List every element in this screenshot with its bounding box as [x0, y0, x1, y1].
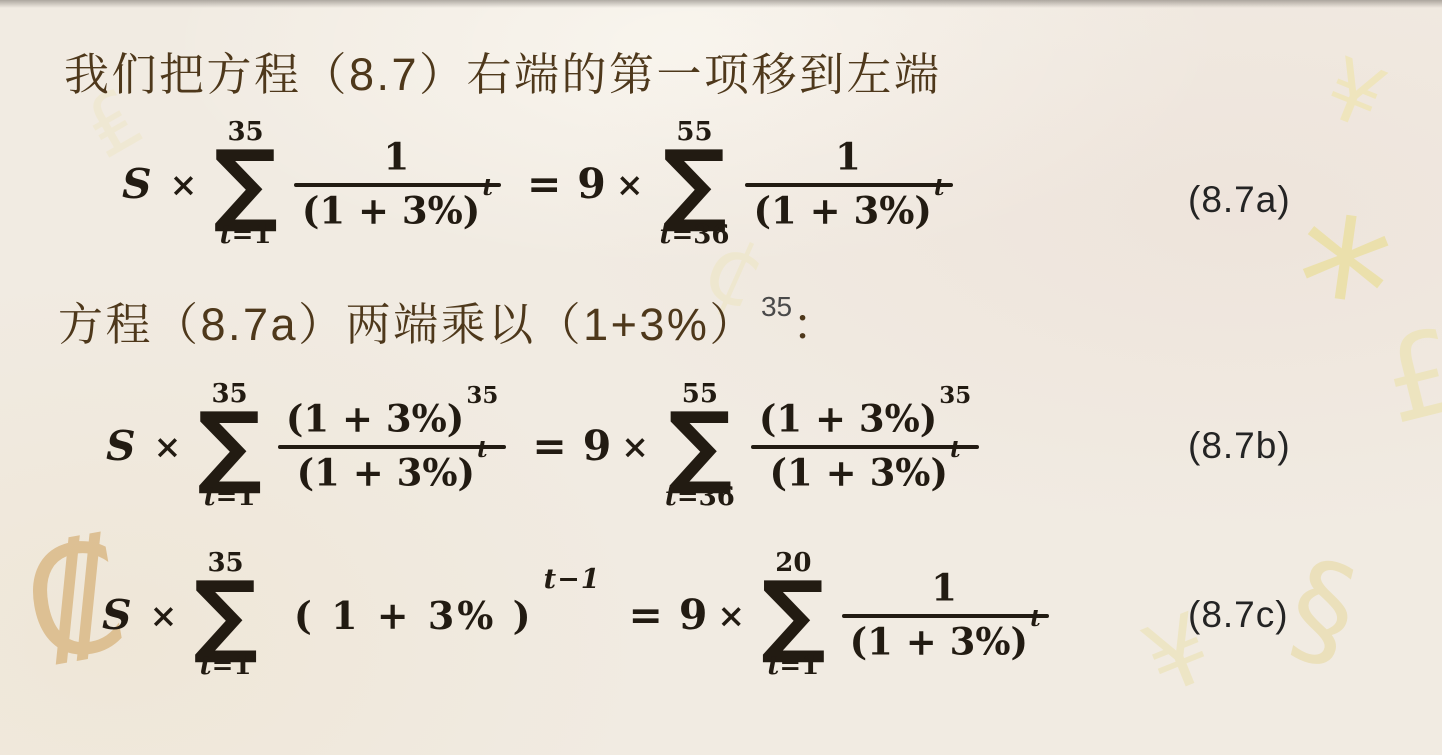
summation-rhs: 55 ∑ t=36	[659, 117, 729, 250]
equation-87a: S × 35 ∑ t=1 1 (1 + 3%)t = 9 × 55 ∑ t=36…	[0, 100, 1442, 268]
sum-index-value: =1	[779, 651, 819, 681]
sum-lower-limit: t=36	[665, 482, 735, 513]
summation-lhs: 35 ∑ t=1	[213, 117, 278, 250]
numerator: 1	[923, 567, 967, 609]
times-operator: ×	[621, 427, 649, 466]
lhs-coefficient: S	[122, 160, 152, 208]
times-operator: ×	[717, 596, 745, 635]
sigma-icon: ∑	[662, 148, 727, 220]
sigma-icon: ∑	[761, 579, 826, 651]
numerator: 1	[376, 136, 420, 178]
fraction-bar	[745, 183, 952, 187]
sum-lower-limit: t=1	[204, 482, 256, 513]
numerator-base: 1	[931, 566, 957, 610]
equals-sign: =	[532, 422, 566, 470]
summation-rhs: 55 ∑ t=36	[665, 379, 735, 512]
times-operator: ×	[150, 596, 178, 635]
sum-index-var: t	[204, 482, 216, 512]
denominator-base: (1 + 3%)	[753, 188, 931, 232]
power-term-exponent: t−1	[544, 564, 601, 595]
denominator: (1 + 3%)t	[745, 190, 952, 232]
sum-index-var: t	[659, 220, 671, 250]
fraction-lhs: 1 (1 + 3%)t	[294, 136, 501, 232]
rhs-coefficient: 9	[577, 160, 606, 208]
numerator-exponent: 35	[466, 382, 498, 409]
sigma-icon: ∑	[213, 148, 278, 220]
fraction-bar	[842, 614, 1049, 618]
numerator-base: 1	[384, 135, 410, 179]
equation-87b: S × 35 ∑ t=1 (1 + 3%)35 (1 + 3%)t = 9 × …	[0, 362, 1442, 530]
numerator: (1 + 3%)35	[751, 398, 979, 440]
sum-index-var: t	[665, 482, 677, 512]
denominator-exponent: t	[934, 174, 945, 201]
sum-lower-limit: t=1	[767, 651, 819, 682]
denominator-exponent: t	[482, 174, 493, 201]
denominator: (1 + 3%)t	[842, 621, 1049, 663]
intro-line-2-exponent: 35	[761, 291, 792, 322]
equation-label-87b: (8.7b)	[1188, 425, 1291, 467]
fraction-bar	[294, 183, 501, 187]
summation-lhs: 35 ∑ t=1	[193, 548, 258, 681]
denominator-base: (1 + 3%)	[770, 450, 948, 494]
sum-lower-limit: t=36	[659, 220, 729, 251]
equation-87c: S × 35 ∑ t=1 ( 1 + 3% ) t−1 = 9 × 20 ∑ t…	[0, 534, 1442, 696]
denominator: (1 + 3%)t	[289, 452, 496, 494]
rhs-coefficient: 9	[583, 422, 612, 470]
numerator-base: (1 + 3%)	[759, 397, 937, 441]
denominator-base: (1 + 3%)	[302, 188, 480, 232]
intro-line-1: 我们把方程（8.7）右端的第一项移到左端	[64, 38, 942, 103]
fraction-bar	[278, 445, 506, 449]
summation-lhs: 35 ∑ t=1	[197, 379, 262, 512]
numerator-base: (1 + 3%)	[286, 397, 464, 441]
fraction-rhs: 1 (1 + 3%)t	[745, 136, 952, 232]
slide: ₡ ¥ * £ § ¥ ¢ ₤ 我们把方程（8.7）右端的第一项移到左端 S ×…	[0, 0, 1442, 755]
sum-index-value: =1	[216, 482, 256, 512]
equation-label-87a: (8.7a)	[1188, 179, 1291, 221]
fraction-bar	[751, 445, 979, 449]
numerator: 1	[827, 136, 871, 178]
numerator: (1 + 3%)35	[278, 398, 506, 440]
times-operator: ×	[154, 427, 182, 466]
denominator-exponent: t	[950, 436, 961, 463]
denominator-exponent: t	[477, 436, 488, 463]
fraction-rhs: (1 + 3%)35 (1 + 3%)t	[751, 398, 979, 494]
fraction-lhs: (1 + 3%)35 (1 + 3%)t	[278, 398, 506, 494]
sum-index-value: =36	[677, 482, 735, 512]
times-operator: ×	[170, 165, 198, 204]
top-edge-shadow	[0, 0, 1442, 8]
sum-index-value: =1	[212, 651, 252, 681]
sum-index-var: t	[767, 651, 779, 681]
denominator-base: (1 + 3%)	[297, 450, 475, 494]
sum-index-value: =1	[232, 220, 272, 250]
numerator-base: 1	[835, 135, 861, 179]
denominator-base: (1 + 3%)	[850, 619, 1028, 663]
denominator-exponent: t	[1030, 605, 1041, 632]
sigma-icon: ∑	[668, 410, 733, 482]
numerator-exponent: 35	[939, 382, 971, 409]
summation-rhs: 20 ∑ t=1	[761, 548, 826, 681]
denominator: (1 + 3%)t	[762, 452, 969, 494]
sigma-icon: ∑	[197, 410, 262, 482]
fraction-rhs: 1 (1 + 3%)t	[842, 567, 1049, 663]
equals-sign: =	[628, 591, 662, 639]
equals-sign: =	[527, 160, 561, 208]
lhs-coefficient: S	[102, 591, 132, 639]
lhs-coefficient: S	[106, 422, 136, 470]
intro-line-2-colon: ：	[792, 299, 840, 350]
sum-index-value: =36	[672, 220, 730, 250]
sum-lower-limit: t=1	[220, 220, 272, 251]
denominator: (1 + 3%)t	[294, 190, 501, 232]
rhs-coefficient: 9	[679, 591, 708, 639]
intro-line-2-text: 方程（8.7a）两端乘以（1+3%）	[58, 299, 757, 350]
sigma-icon: ∑	[193, 579, 258, 651]
power-term-base: ( 1 + 3% )	[294, 593, 534, 638]
equation-label-87c: (8.7c)	[1188, 594, 1289, 636]
intro-line-2: 方程（8.7a）两端乘以（1+3%）35：	[58, 288, 840, 353]
sum-index-var: t	[200, 651, 212, 681]
sum-index-var: t	[220, 220, 232, 250]
sum-lower-limit: t=1	[200, 651, 252, 682]
times-operator: ×	[616, 165, 644, 204]
